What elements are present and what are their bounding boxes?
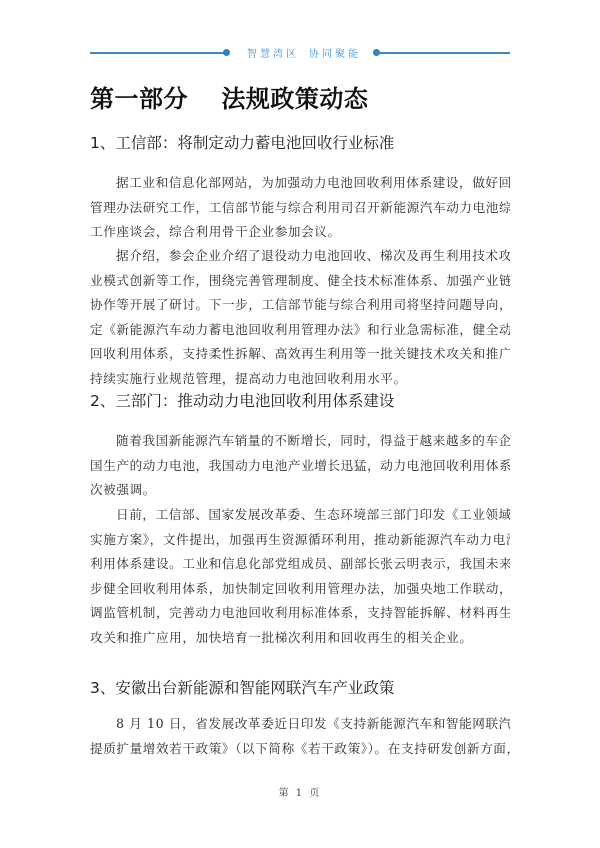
text-line: 业模式创新等工作，围绕完善管理制度、健全技术标准体系、加强产业链上下游 (90, 269, 510, 294)
page-header: 智慧湾区协同聚能 (90, 44, 510, 62)
section-2-paragraph-2: 日前，工信部、国家发展改革委、生态环境部三部门印发《工业领域碳达峰 实施方案》，… (90, 503, 510, 650)
text-line: 定《新能源汽车动力蓄电池回收利用管理办法》和行业急需标准，健全动力电池 (90, 318, 510, 343)
text-line: 协作等开展了研讨。下一步，工信部节能与综合利用司将坚持问题导向，研究制 (90, 293, 510, 318)
text-line: 随着我国新能源汽车销量的不断增长，同时，得益于越来越多的车企选择中 (90, 429, 510, 454)
text-line: 国生产的动力电池，我国动力电池产业增长迅猛，动力电池回收利用体系建设再 (90, 454, 510, 479)
text-line: 8 月 10 日，省发展改革委近日印发《支持新能源汽车和智能网联汽车产业 (90, 712, 510, 737)
text-line: 持续实施行业规范管理，提高动力电池回收利用水平。 (90, 367, 510, 392)
text-line: 步健全回收利用体系，加快制定回收利用管理办法，加强央地工作联动，形成协 (90, 577, 510, 602)
text-line: 据工业和信息化部网站，为加强动力电池回收利用体系建设，做好回收利用 (90, 171, 510, 196)
header-rule-left (90, 52, 226, 54)
section-title-3: 3、安徽出台新能源和智能网联汽车产业政策 (90, 676, 394, 698)
section-2-paragraph-1: 随着我国新能源汽车销量的不断增长，同时，得益于越来越多的车企选择中 国生产的动力… (90, 429, 510, 503)
text-line: 据介绍，参会企业介绍了退役动力电池回收、梯次及再生利用技术攻关、商 (90, 244, 510, 269)
header-rule-right (376, 52, 510, 54)
header-slogan-left: 智慧湾区 (247, 49, 299, 60)
text-line: 回收利用体系，支持柔性拆解、高效再生利用等一批关键技术攻关和推广应用， (90, 342, 510, 367)
header-dot-left-icon (223, 49, 230, 56)
text-line: 提质扩量增效若干政策》（以下简称《若干政策》）。在支持研发创新方面，实 (90, 737, 510, 762)
header-slogan: 智慧湾区协同聚能 (236, 45, 372, 60)
text-line: 管理办法研究工作，工信部节能与综合利用司召开新能源汽车动力电池综合利用 (90, 196, 510, 221)
section-3-paragraph-1: 8 月 10 日，省发展改革委近日印发《支持新能源汽车和智能网联汽车产业 提质扩… (90, 712, 510, 761)
text-line: 工作座谈会，综合利用骨干企业参加会议。 (90, 220, 510, 245)
text-line: 调监管机制，完善动力电池回收利用标准体系，支持智能拆解、材料再生等技术 (90, 601, 510, 626)
text-line: 日前，工信部、国家发展改革委、生态环境部三部门印发《工业领域碳达峰 (90, 503, 510, 528)
section-1-paragraph-1: 据工业和信息化部网站，为加强动力电池回收利用体系建设，做好回收利用 管理办法研究… (90, 171, 510, 245)
text-line: 攻关和推广应用，加快培育一批梯次利用和回收再生的相关企业。 (90, 626, 510, 651)
section-title-1: 1、工信部：将制定动力蓄电池回收行业标准 (90, 131, 394, 153)
part-title: 第一部分 法规政策动态 (90, 79, 368, 114)
text-line: 实施方案》，文件提出，加强再生资源循环利用，推动新能源汽车动力电池回收 (90, 528, 510, 553)
header-slogan-right: 协同聚能 (309, 49, 361, 60)
text-line: 利用体系建设。工业和信息化部党组成员、副部长张云明表示，我国未来将进一 (90, 552, 510, 577)
section-1-paragraph-2: 据介绍，参会企业介绍了退役动力电池回收、梯次及再生利用技术攻关、商 业模式创新等… (90, 244, 510, 391)
page-number: 第 1 页 (0, 784, 600, 799)
text-line: 次被强调。 (90, 478, 510, 503)
section-title-2: 2、三部门：推动动力电池回收利用体系建设 (90, 389, 394, 411)
